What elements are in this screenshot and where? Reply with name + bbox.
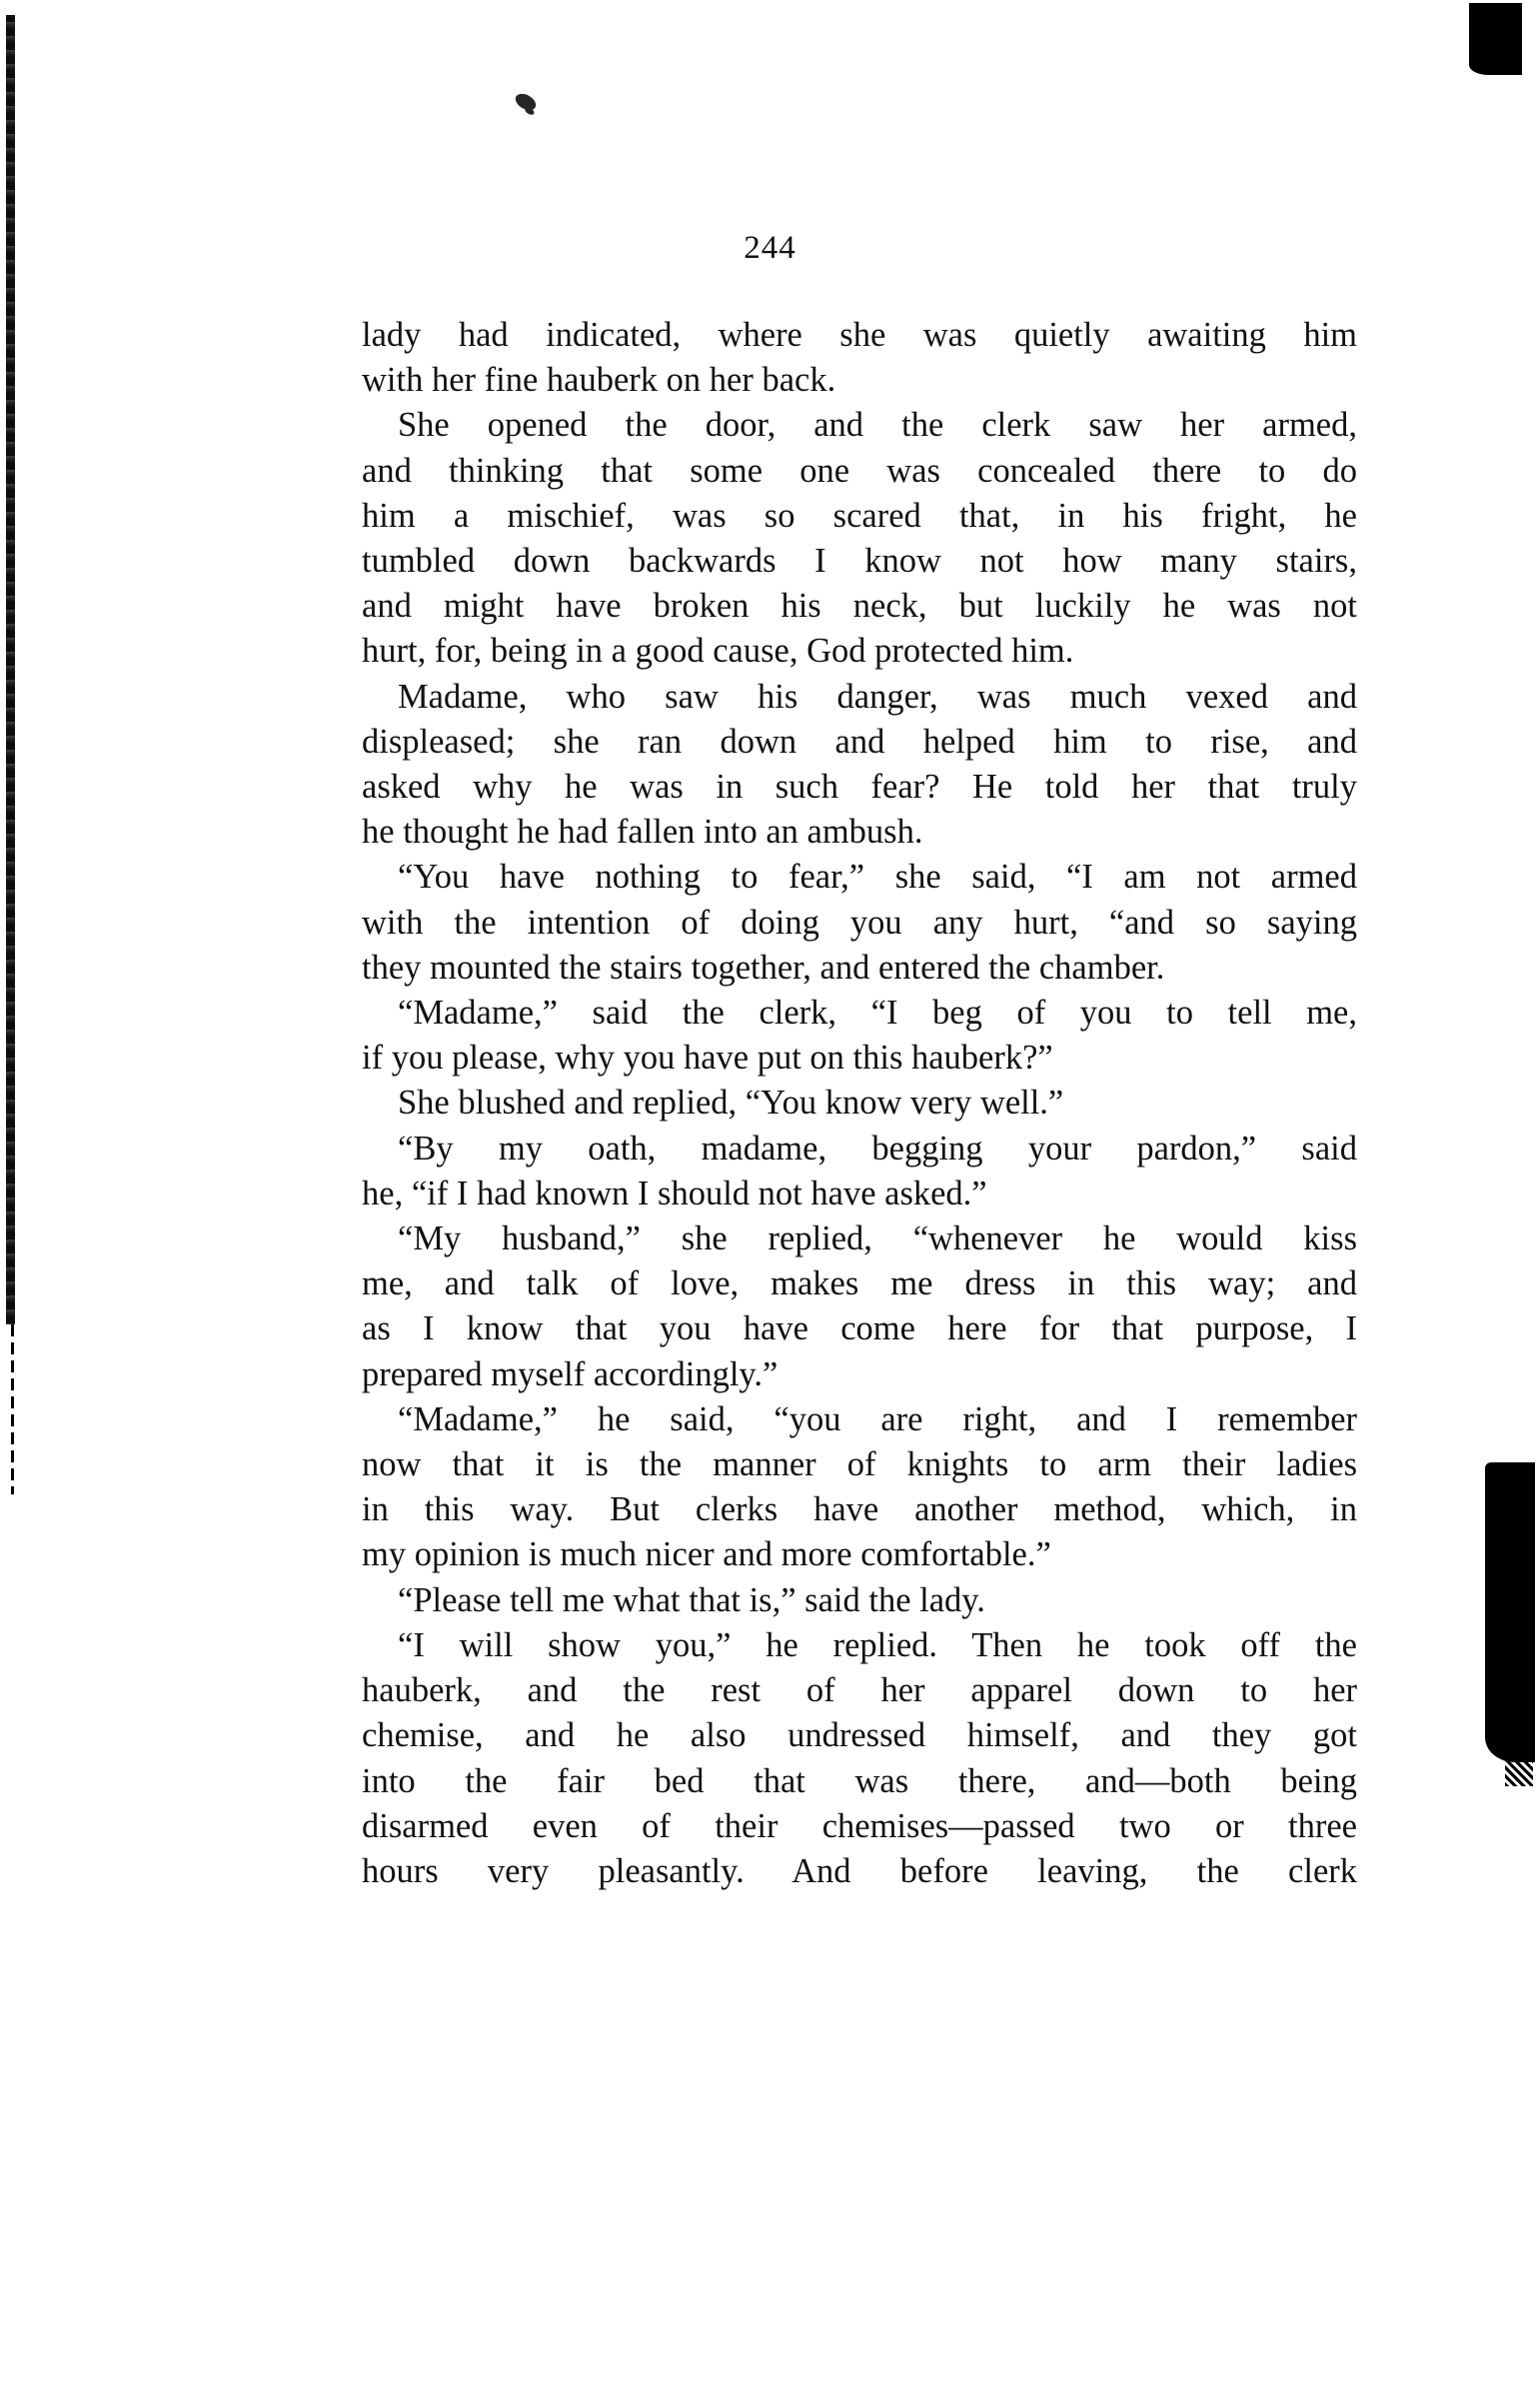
text-line: displeased; she ran down and helped him … — [362, 720, 1357, 765]
text-line: Madame, who saw his danger, was much vex… — [362, 675, 1357, 720]
text-line: if you please, why you have put on this … — [362, 1036, 1357, 1081]
text-line: me, and talk of love, makes me dress in … — [362, 1261, 1357, 1306]
text-line: he thought he had fallen into an ambush. — [362, 810, 1357, 855]
text-line: disarmed even of their chemises—passed t… — [362, 1804, 1357, 1849]
text-line: with the intention of doing you any hurt… — [362, 901, 1357, 946]
paragraph: Madame, who saw his danger, was much vex… — [362, 675, 1357, 856]
paragraph: “Please tell me what that is,” said the … — [362, 1578, 1357, 1623]
text-line: She opened the door, and the clerk saw h… — [362, 403, 1357, 448]
binding-edge-mark — [6, 15, 15, 1324]
body-text: lady had indicated, where she was quietl… — [362, 313, 1357, 1894]
text-line: “Madame,” said the clerk, “I beg of you … — [362, 991, 1357, 1036]
text-line: hauberk, and the rest of her apparel dow… — [362, 1668, 1357, 1713]
text-line: with her fine hauberk on her back. — [362, 358, 1357, 403]
ink-smudge — [513, 90, 539, 113]
paragraph: lady had indicated, where she was quietl… — [362, 313, 1357, 403]
edge-tab-top-right — [1469, 3, 1522, 75]
paragraph: She blushed and replied, “You know very … — [362, 1081, 1357, 1126]
text-line: chemise, and he also undressed himself, … — [362, 1713, 1357, 1758]
text-line: in this way. But clerks have another met… — [362, 1487, 1357, 1532]
text-line: into the fair bed that was there, and—bo… — [362, 1759, 1357, 1804]
text-line: “You have nothing to fear,” she said, “I… — [362, 855, 1357, 900]
paragraph: “Madame,” said the clerk, “I beg of you … — [362, 991, 1357, 1081]
text-line: “My husband,” she replied, “whenever he … — [362, 1216, 1357, 1261]
text-line: “Please tell me what that is,” said the … — [362, 1578, 1357, 1623]
text-line: my opinion is much nicer and more comfor… — [362, 1532, 1357, 1577]
text-line: he, “if I had known I should not have as… — [362, 1172, 1357, 1216]
text-line: hurt, for, being in a good cause, God pr… — [362, 629, 1357, 674]
text-line: lady had indicated, where she was quietl… — [362, 313, 1357, 358]
text-line: now that it is the manner of knights to … — [362, 1442, 1357, 1487]
text-line: they mounted the stairs together, and en… — [362, 946, 1357, 991]
paragraph: “By my oath, madame, begging your pardon… — [362, 1127, 1357, 1216]
text-line: “I will show you,” he replied. Then he t… — [362, 1623, 1357, 1668]
text-line: prepared myself accordingly.” — [362, 1352, 1357, 1397]
text-line: and might have broken his neck, but luck… — [362, 584, 1357, 629]
text-line: “Madame,” he said, “you are right, and I… — [362, 1397, 1357, 1442]
paragraph: “Madame,” he said, “you are right, and I… — [362, 1397, 1357, 1578]
book-page: 244 lady had indicated, where she was qu… — [0, 0, 1540, 2397]
paragraph: “My husband,” she replied, “whenever he … — [362, 1216, 1357, 1397]
text-line: him a mischief, was so scared that, in h… — [362, 494, 1357, 539]
text-line: tumbled down backwards I know not how ma… — [362, 539, 1357, 584]
paragraph: “You have nothing to fear,” she said, “I… — [362, 855, 1357, 991]
text-line: and thinking that some one was concealed… — [362, 449, 1357, 494]
text-line: hours very pleasantly. And before leavin… — [362, 1849, 1357, 1894]
paragraph: “I will show you,” he replied. Then he t… — [362, 1623, 1357, 1894]
text-line: “By my oath, madame, begging your pardon… — [362, 1127, 1357, 1172]
text-line: as I know that you have come here for th… — [362, 1306, 1357, 1351]
page-number: 244 — [0, 232, 1540, 265]
binding-edge-mark-lower — [11, 1324, 14, 1494]
text-line: She blushed and replied, “You know very … — [362, 1081, 1357, 1126]
paragraph: She opened the door, and the clerk saw h… — [362, 403, 1357, 674]
edge-tab-right — [1485, 1462, 1535, 1762]
text-line: asked why he was in such fear? He told h… — [362, 765, 1357, 810]
